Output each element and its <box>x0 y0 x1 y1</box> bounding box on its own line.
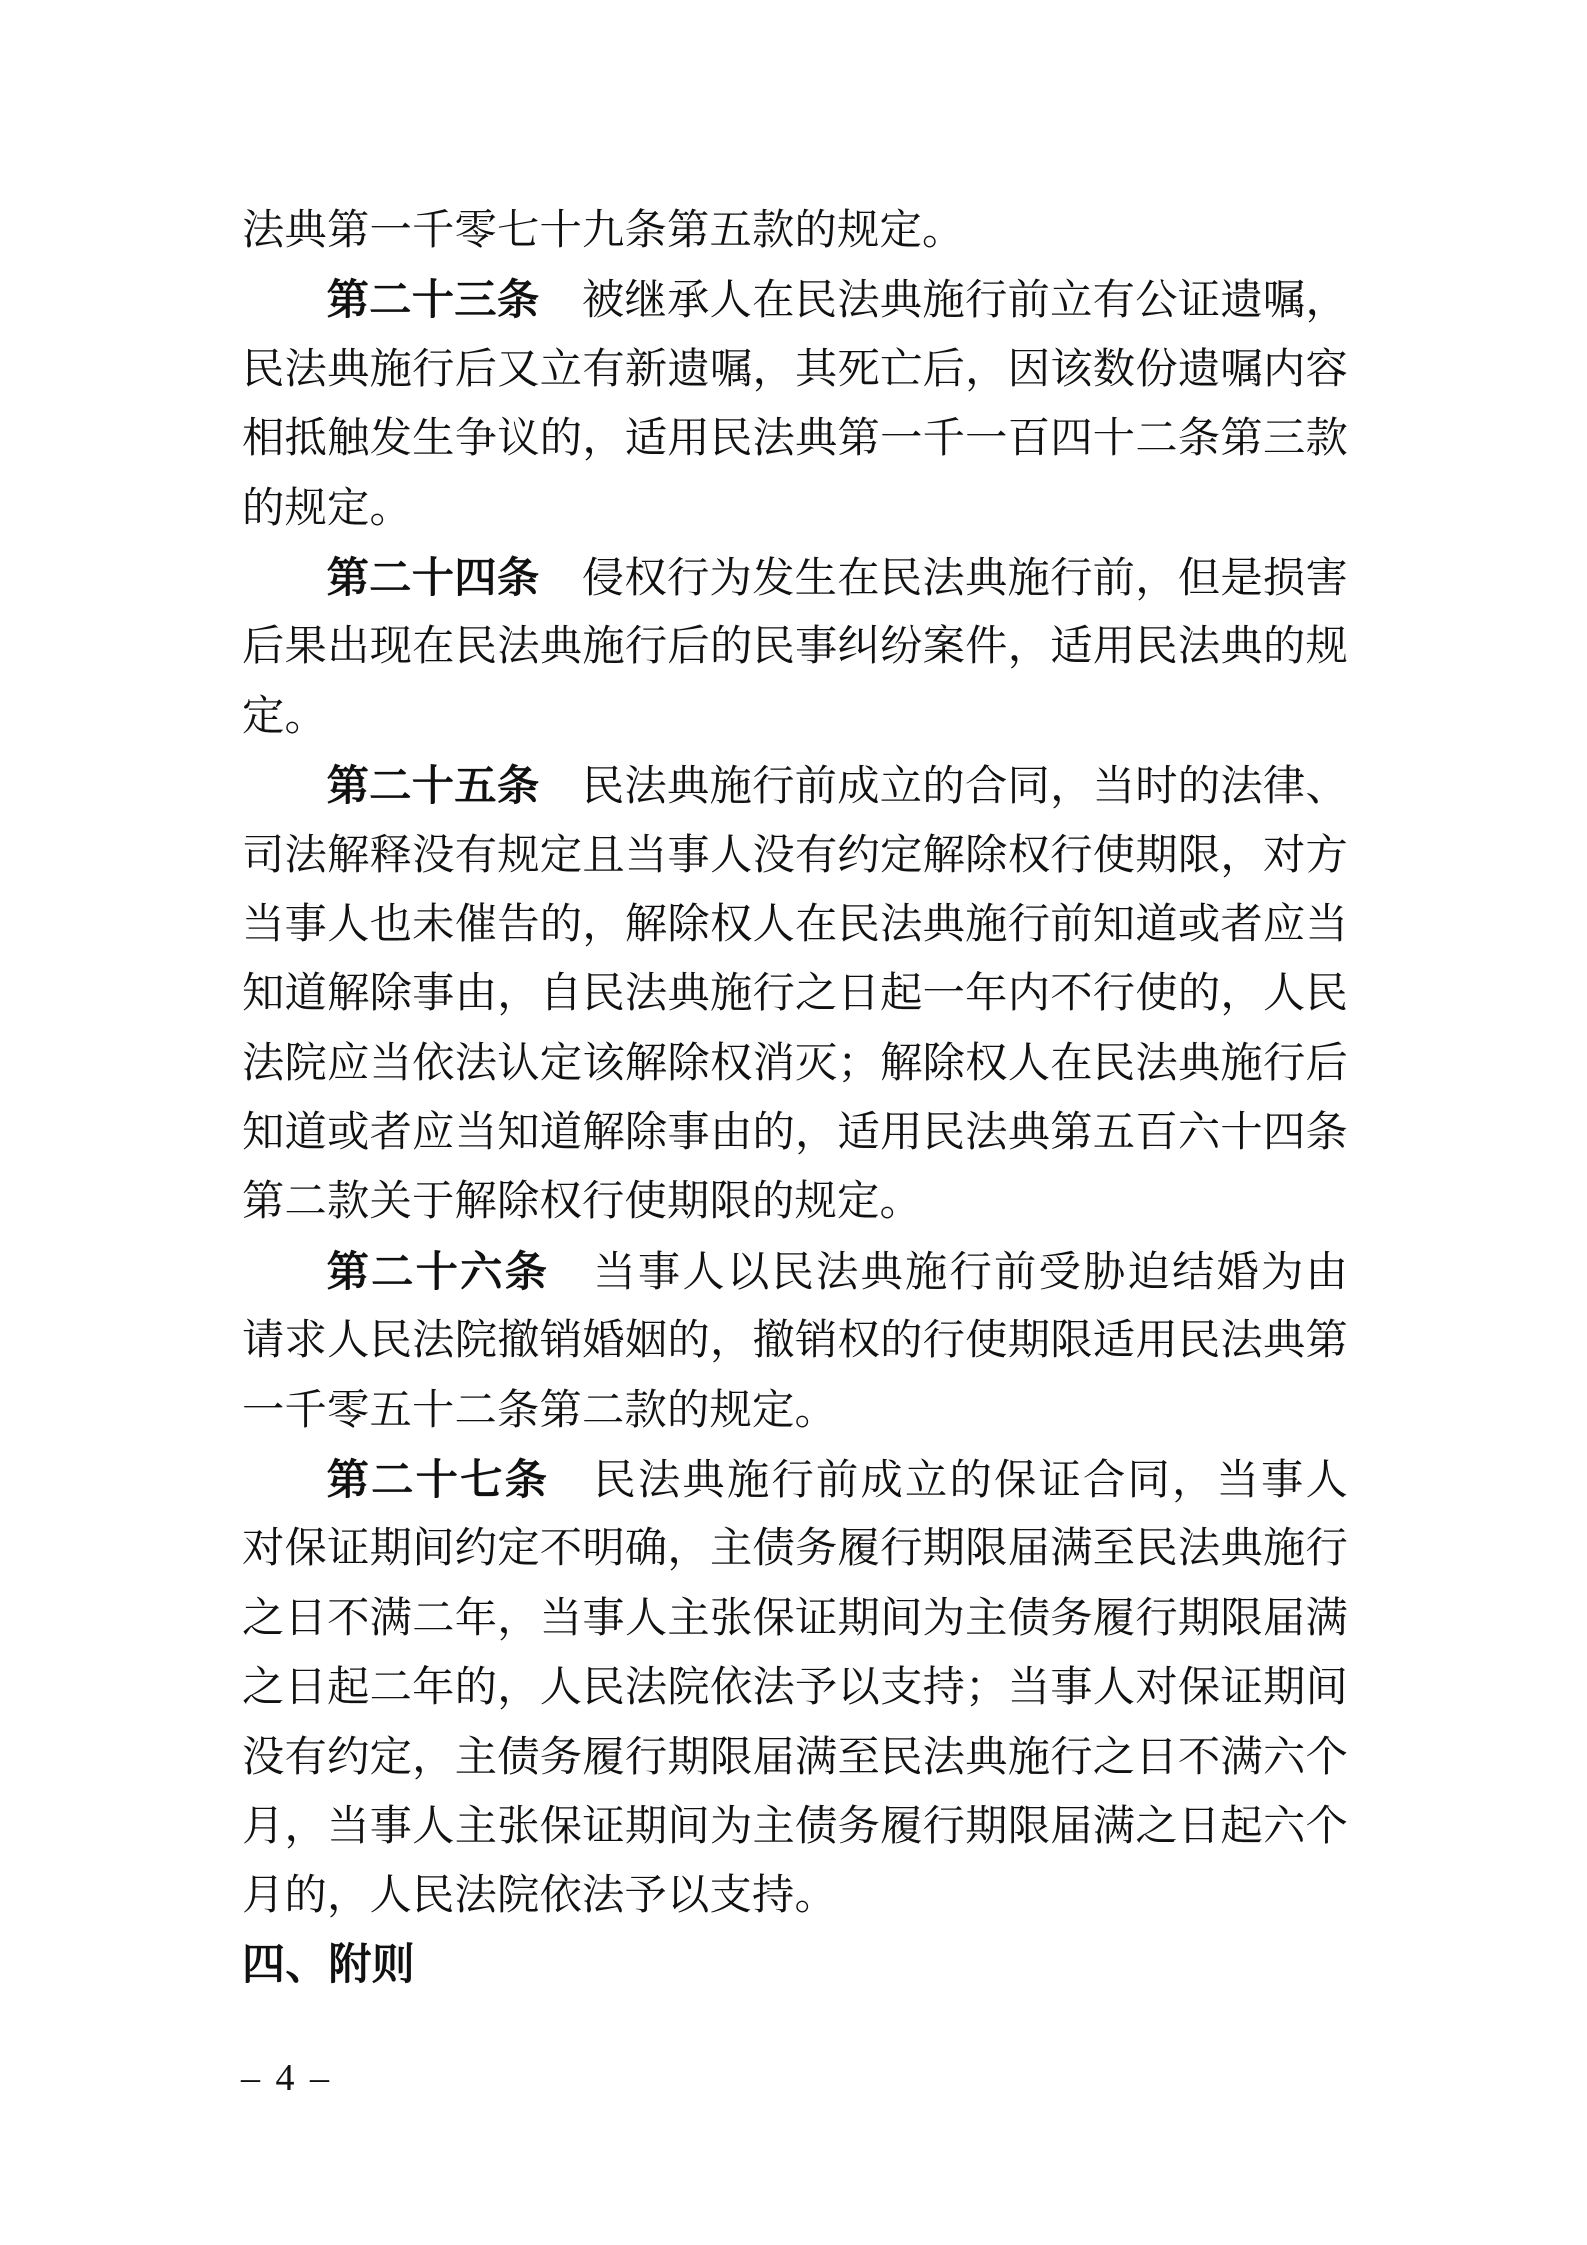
article-number: 第二十五条 <box>327 762 540 809</box>
article-line: 第二十三条被继承人在民法典施行前立有公证遗嘱， <box>242 265 1348 334</box>
text-line: 后果出现在民法典施行后的民事纠纷案件，适用民法典的规 <box>242 612 1348 681</box>
article-line: 第二十五条民法典施行前成立的合同，当时的法律、 <box>242 751 1348 820</box>
text-line: 法典第一千零七十九条第五款的规定。 <box>242 196 1348 265</box>
article-number-gap <box>539 313 581 314</box>
text-line: 司法解释没有规定且当事人没有约定解除权行使期限，对方 <box>242 821 1348 890</box>
text-line: 知道或者应当知道解除事由的，适用民法典第五百六十四条 <box>242 1098 1348 1167</box>
article-line: 第二十四条侵权行为发生在民法典施行前，但是损害 <box>242 543 1348 612</box>
text-line: 月，当事人主张保证期间为主债务履行期限届满之日起六个 <box>242 1792 1348 1861</box>
article-text: 民法典施行前成立的保证合同，当事人 <box>591 1457 1348 1504</box>
article-number-gap <box>539 591 581 592</box>
text-line: 月的，人民法院依法予以支持。 <box>242 1861 1348 1930</box>
article-line: 第二十六条当事人以民法典施行前受胁迫结婚为由 <box>242 1237 1348 1306</box>
article-text: 民法典施行前成立的合同，当时的法律、 <box>582 763 1348 810</box>
document-body: 法典第一千零七十九条第五款的规定。第二十三条被继承人在民法典施行前立有公证遗嘱，… <box>242 196 1348 2000</box>
text-line: 的规定。 <box>242 474 1348 543</box>
text-line: 没有约定，主债务履行期限届满至民法典施行之日不满六个 <box>242 1723 1348 1792</box>
article-number-gap <box>539 799 581 800</box>
article-number: 第二十三条 <box>327 276 540 323</box>
article-number: 第二十六条 <box>327 1248 550 1295</box>
text-line: 之日起二年的，人民法院依法予以支持；当事人对保证期间 <box>242 1653 1348 1722</box>
section-heading: 四、附则 <box>242 1931 1348 2000</box>
article-number-gap <box>549 1285 591 1286</box>
text-line: 定。 <box>242 682 1348 751</box>
article-number: 第二十四条 <box>327 554 540 601</box>
article-text: 当事人以民法典施行前受胁迫结婚为由 <box>591 1249 1348 1296</box>
text-line: 对保证期间约定不明确，主债务履行期限届满至民法典施行 <box>242 1514 1348 1583</box>
text-line: 民法典施行后又立有新遗嘱，其死亡后，因该数份遗嘱内容 <box>242 335 1348 404</box>
document-page: 法典第一千零七十九条第五款的规定。第二十三条被继承人在民法典施行前立有公证遗嘱，… <box>0 0 1587 2245</box>
article-number-gap <box>549 1493 591 1494</box>
text-line: 之日不满二年，当事人主张保证期间为主债务履行期限届满 <box>242 1584 1348 1653</box>
text-line: 知道解除事由，自民法典施行之日起一年内不行使的，人民 <box>242 959 1348 1028</box>
text-line: 一千零五十二条第二款的规定。 <box>242 1376 1348 1445</box>
article-text: 侵权行为发生在民法典施行前，但是损害 <box>582 555 1348 602</box>
text-line: 相抵触发生争议的，适用民法典第一千一百四十二条第三款 <box>242 404 1348 473</box>
text-line: 请求人民法院撤销婚姻的，撤销权的行使期限适用民法典第 <box>242 1306 1348 1375</box>
text-line: 当事人也未催告的，解除权人在民法典施行前知道或者应当 <box>242 890 1348 959</box>
article-text: 被继承人在民法典施行前立有公证遗嘱， <box>582 277 1348 324</box>
page-number: – 4 – <box>241 2056 332 2100</box>
text-line: 法院应当依法认定该解除权消灭；解除权人在民法典施行后 <box>242 1029 1348 1098</box>
article-line: 第二十七条民法典施行前成立的保证合同，当事人 <box>242 1445 1348 1514</box>
article-number: 第二十七条 <box>327 1456 550 1503</box>
text-line: 第二款关于解除权行使期限的规定。 <box>242 1167 1348 1236</box>
